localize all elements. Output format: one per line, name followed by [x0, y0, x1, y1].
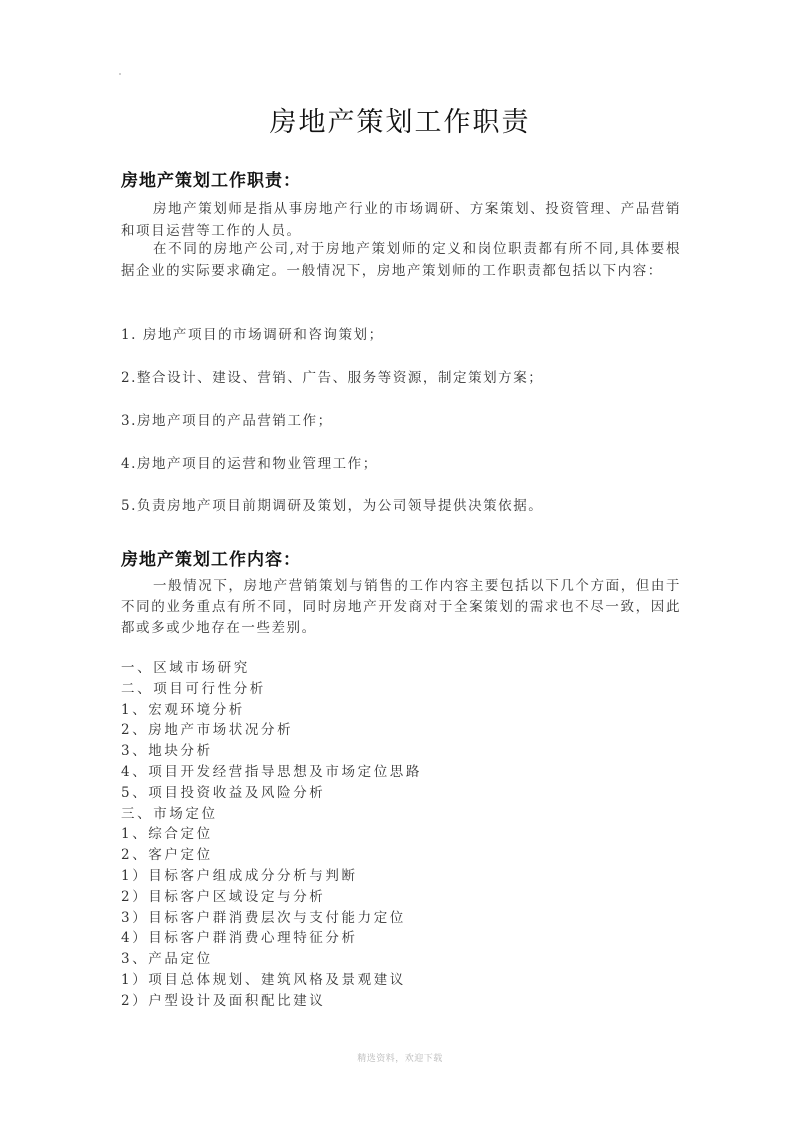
- outline-item: 2、房地产市场状况分析: [121, 720, 422, 741]
- outline-item: 5、项目投资收益及风险分析: [121, 783, 422, 804]
- paragraph-intro: 在不同的房地产公司,对于房地产策划师的定义和岗位职责都有所不同,具体要根据企业的…: [121, 238, 681, 282]
- outline-item: 2）户型设计及面积配比建议: [121, 991, 422, 1012]
- page-footer: 精选资料，欢迎下载: [0, 1051, 800, 1064]
- duty-item: 3.房地产项目的产品营销工作；: [121, 409, 333, 429]
- duty-item: 4.房地产项目的运营和物业管理工作；: [121, 452, 378, 472]
- paragraph-content-intro: 一般情况下，房地产营销策划与销售的工作内容主要包括以下几个方面，但由于不同的业务…: [121, 576, 681, 639]
- page-mark: [119, 73, 121, 75]
- duty-item: 1. 房地产项目的市场调研和咨询策划；: [121, 323, 384, 343]
- outline-item: 2、客户定位: [121, 845, 422, 866]
- document-title: 房地产策划工作职责: [0, 100, 800, 139]
- duty-item: 2.整合设计、建设、营销、广告、服务等资源，制定策划方案；: [121, 366, 543, 386]
- outline-item: 三、市场定位: [121, 804, 422, 825]
- section-heading-duties: 房地产策划工作职责：: [121, 166, 301, 191]
- outline-item: 3、地块分析: [121, 741, 422, 762]
- outline-item: 1、综合定位: [121, 824, 422, 845]
- outline-item: 1）项目总体规划、建筑风格及景观建议: [121, 970, 422, 991]
- outline-item: 3、产品定位: [121, 949, 422, 970]
- section-heading-content: 房地产策划工作内容：: [121, 545, 301, 570]
- outline-item: 4、项目开发经营指导思想及市场定位思路: [121, 762, 422, 783]
- outline-item: 二、项目可行性分析: [121, 679, 422, 700]
- outline-list: 一、区域市场研究 二、项目可行性分析 1、宏观环境分析 2、房地产市场状况分析 …: [121, 658, 422, 1012]
- outline-item: 1、宏观环境分析: [121, 700, 422, 721]
- outline-item: 一、区域市场研究: [121, 658, 422, 679]
- outline-item: 1）目标客户组成成分分析与判断: [121, 866, 422, 887]
- outline-item: 4）目标客户群消费心理特征分析: [121, 928, 422, 949]
- outline-item: 2）目标客户区域设定与分析: [121, 887, 422, 908]
- outline-item: 3）目标客户群消费层次与支付能力定位: [121, 908, 422, 929]
- paragraph-definition: 房地产策划师是指从事房地产行业的市场调研、方案策划、投资管理、产品营销和项目运营…: [121, 198, 681, 242]
- duty-item: 5.负责房地产项目前期调研及策划，为公司领导提供决策依据。: [121, 494, 543, 514]
